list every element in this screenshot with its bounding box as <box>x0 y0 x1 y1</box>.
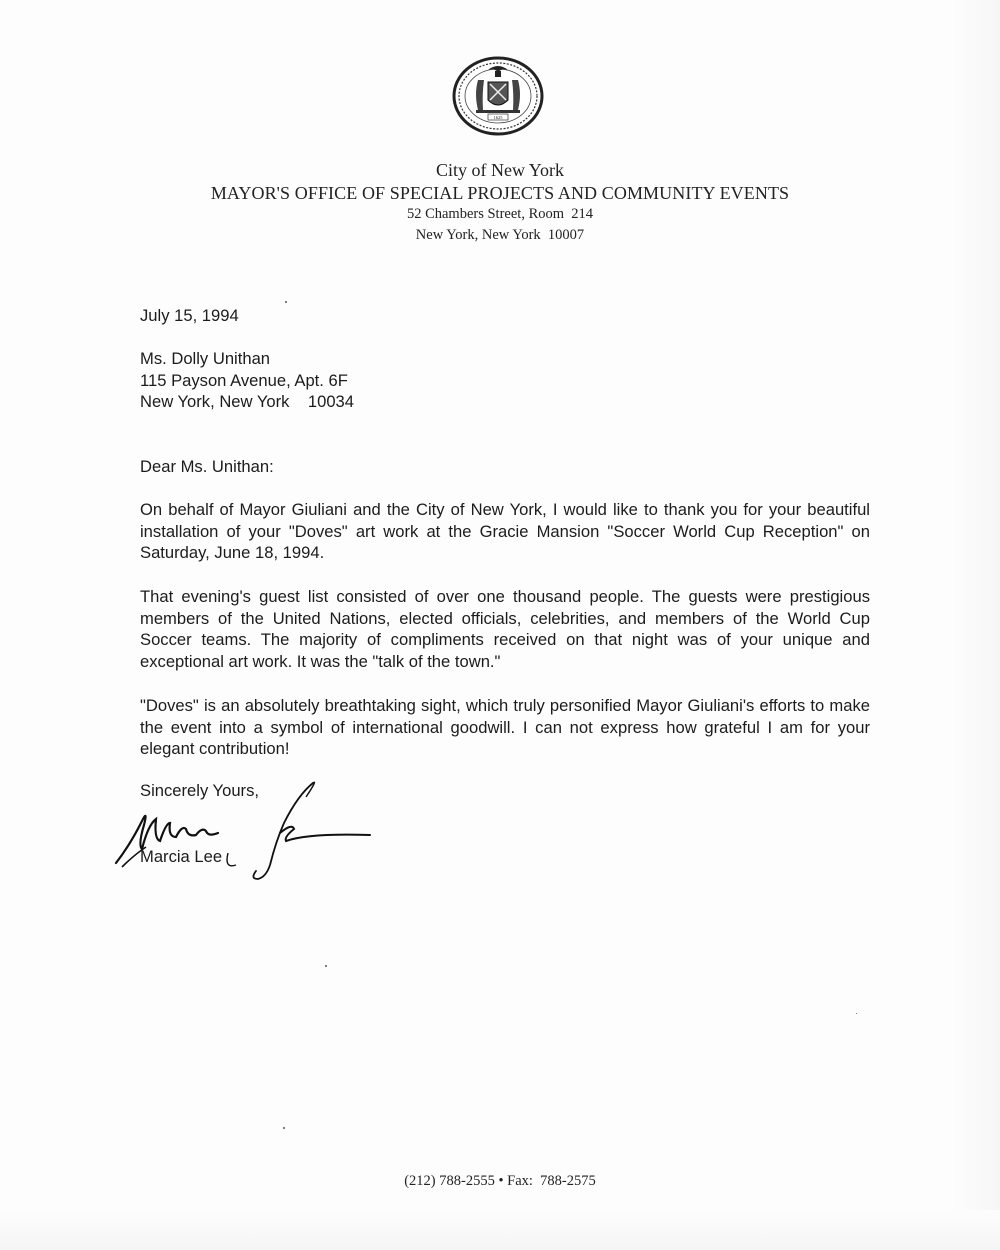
signature-icon <box>108 775 378 885</box>
recipient-block: Ms. Dolly Unithan 115 Payson Avenue, Apt… <box>140 348 870 413</box>
letter-date: July 15, 1994 <box>140 305 870 327</box>
body-paragraph: On behalf of Mayor Giuliani and the City… <box>140 499 870 564</box>
salutation: Dear Ms. Unithan: <box>140 456 870 478</box>
letterhead: City of New York MAYOR'S OFFICE OF SPECI… <box>0 158 1000 246</box>
scan-speck <box>856 1013 857 1014</box>
footer-contact: (212) 788-2555 • Fax: 788-2575 <box>0 1173 1000 1190</box>
scan-speck <box>325 965 327 967</box>
letterhead-address-line2: New York, New York 10007 <box>0 225 1000 246</box>
svg-text:1625: 1625 <box>494 115 504 120</box>
city-seal-icon: 1625 <box>452 56 544 136</box>
scan-speck <box>283 1127 285 1129</box>
letterhead-address-line1: 52 Chambers Street, Room 214 <box>0 204 1000 225</box>
signer-name: Marcia Lee <box>140 846 870 868</box>
scan-edge <box>0 1210 1000 1250</box>
recipient-address-line1: 115 Payson Avenue, Apt. 6F <box>140 370 870 392</box>
scan-speck <box>285 301 287 303</box>
body-paragraph: That evening's guest list consisted of o… <box>140 586 870 672</box>
body-paragraph: "Doves" is an absolutely breathtaking si… <box>140 695 870 760</box>
letter-page: 1625 City of New York MAYOR'S OFFICE OF … <box>0 0 1000 1250</box>
letterhead-city: City of New York <box>0 158 1000 182</box>
letterhead-office: MAYOR'S OFFICE OF SPECIAL PROJECTS AND C… <box>0 182 1000 204</box>
recipient-address-line2: New York, New York 10034 <box>140 391 870 413</box>
recipient-name: Ms. Dolly Unithan <box>140 348 870 370</box>
